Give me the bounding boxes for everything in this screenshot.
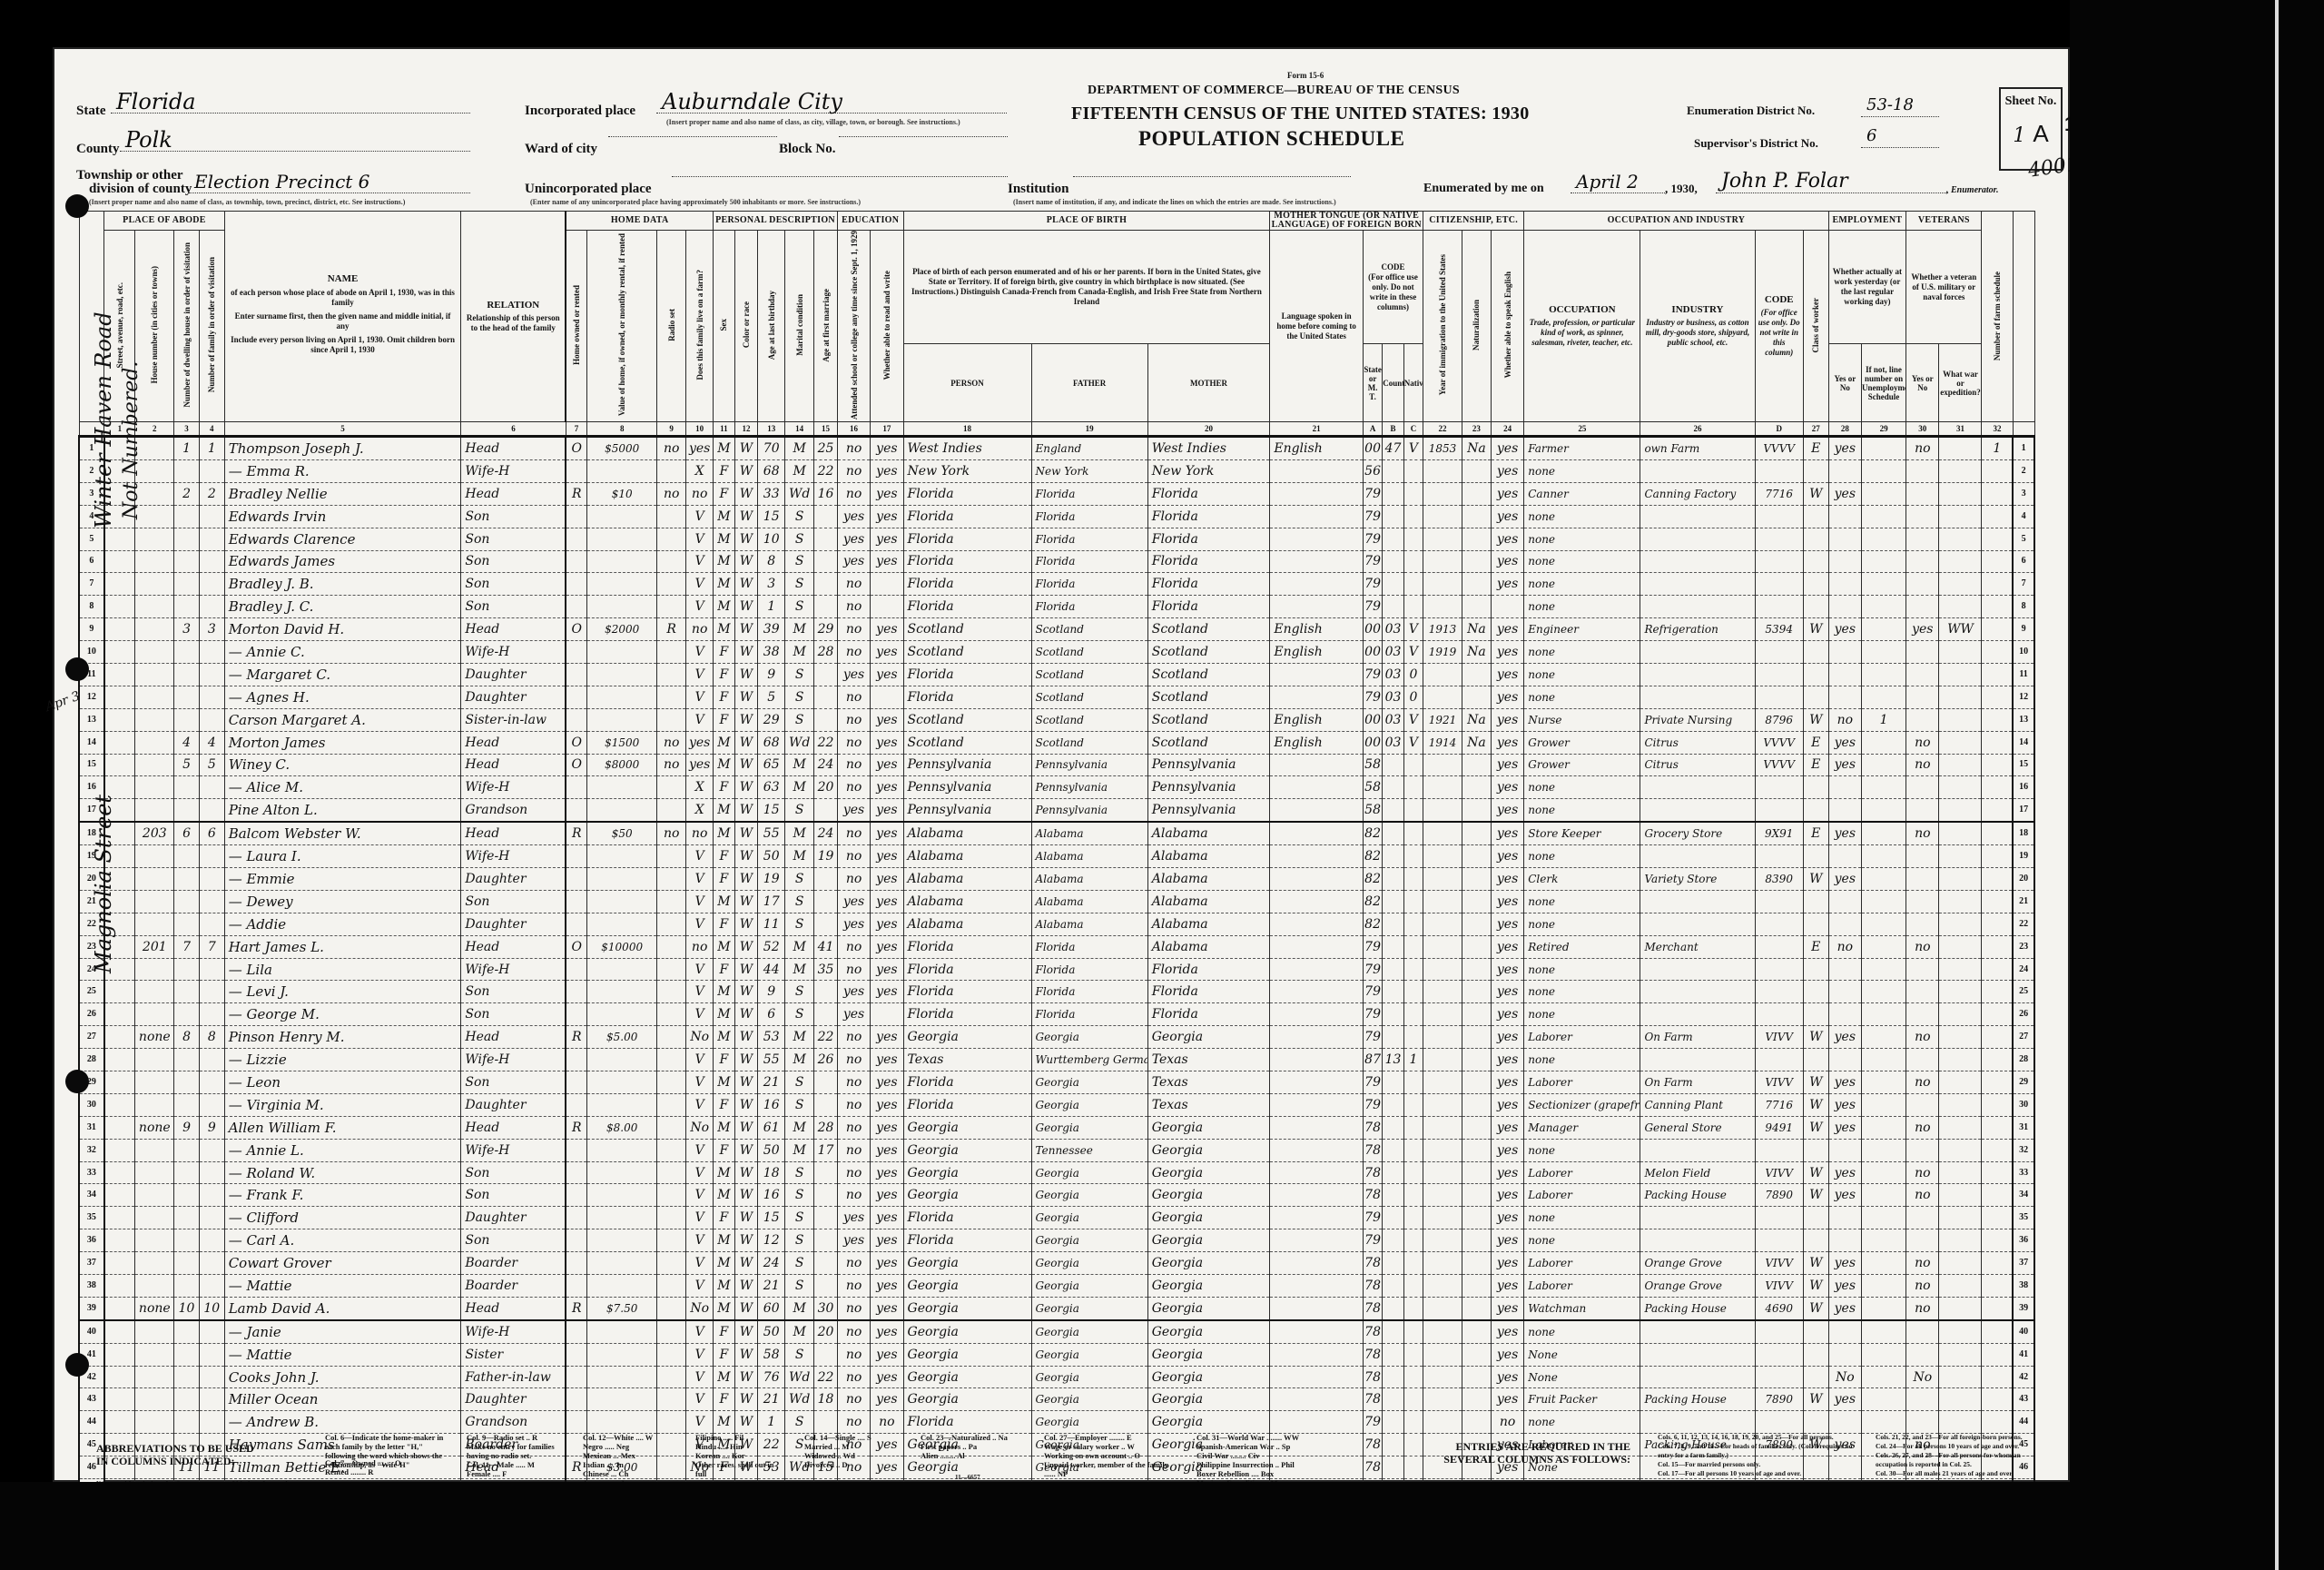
- read-write-cell: [871, 1003, 903, 1026]
- column-number: 8: [587, 422, 657, 437]
- home-owned-cell: [566, 459, 587, 482]
- industry-cell: [1640, 845, 1755, 868]
- header-street-label: Street, avenue, road, etc.: [115, 282, 124, 368]
- immigration-year-cell: [1423, 1026, 1462, 1049]
- occupation-cell: Grower: [1524, 731, 1640, 754]
- family-number-cell: [199, 1093, 224, 1116]
- veteran-cell: no: [1906, 935, 1939, 958]
- class-of-worker-cell: [1803, 981, 1828, 1003]
- code-c-cell: [1403, 1003, 1423, 1026]
- relation-cell: Wife-H: [461, 776, 566, 799]
- family-number-cell: 5: [199, 754, 224, 776]
- dwelling-number-cell: [174, 868, 200, 891]
- sex-cell: F: [714, 776, 735, 799]
- class-of-worker-cell: [1803, 890, 1828, 913]
- home-value-cell: [587, 550, 657, 573]
- birthplace-person-cell: West Indies: [903, 437, 1031, 460]
- unemployment-line-cell: [1861, 1207, 1905, 1229]
- occupation-cell: none: [1524, 459, 1640, 482]
- farm-cell: V: [686, 641, 714, 664]
- radio-cell: R: [657, 618, 686, 641]
- house-number-cell: [135, 1161, 174, 1184]
- veteran-cell: [1906, 1049, 1939, 1071]
- age-first-marriage-cell: 22: [814, 731, 838, 754]
- speak-english-cell: yes: [1491, 913, 1523, 935]
- birthplace-mother-cell: Georgia: [1147, 1161, 1270, 1184]
- naturalization-cell: Na: [1462, 641, 1491, 664]
- header-veteran-war: What war or expedition?: [1939, 344, 1982, 422]
- race-cell: W: [734, 1116, 758, 1139]
- sex-cell: M: [714, 1161, 735, 1184]
- school-cell: yes: [837, 1003, 870, 1026]
- marital-cell: S: [785, 1252, 814, 1275]
- age-cell: 38: [758, 641, 785, 664]
- naturalization-cell: [1462, 528, 1491, 550]
- header-occupation-code: CODE(For office use only. Do not write i…: [1755, 231, 1803, 422]
- school-cell: no: [837, 1139, 870, 1161]
- home-owned-cell: [566, 550, 587, 573]
- code-a-cell: 78: [1363, 1184, 1382, 1207]
- immigration-year-cell: [1423, 1297, 1462, 1319]
- header-dwelling-number: Number of dwelling house in order of vis…: [174, 231, 200, 422]
- radio-cell: [657, 708, 686, 731]
- birthplace-mother-cell: Florida: [1147, 573, 1270, 596]
- home-owned-cell: [566, 1049, 587, 1071]
- code-a-cell: 78: [1363, 1320, 1382, 1343]
- class-of-worker-cell: [1803, 1003, 1828, 1026]
- house-number-cell: [135, 776, 174, 799]
- family-number-cell: 7: [199, 935, 224, 958]
- county-field: Polk: [120, 129, 470, 152]
- sex-cell: M: [714, 596, 735, 618]
- incorporated-field: Auburndale City: [656, 91, 1007, 114]
- code-c-cell: [1403, 754, 1423, 776]
- school-cell: yes: [837, 550, 870, 573]
- home-owned-cell: R: [566, 1116, 587, 1139]
- header-veteran-desc: Whether a veteran of U.S. military or na…: [1906, 231, 1982, 344]
- code-a-cell: 79: [1363, 1003, 1382, 1026]
- home-value-cell: [587, 1229, 657, 1252]
- speak-english-cell: yes: [1491, 686, 1523, 708]
- unemployment-line-cell: [1861, 913, 1905, 935]
- immigration-year-cell: [1423, 1093, 1462, 1116]
- code-a-cell: 82: [1363, 868, 1382, 891]
- farm-schedule-cell: [1982, 799, 2013, 822]
- home-owned-cell: [566, 1388, 587, 1411]
- relation-cell: Head: [461, 731, 566, 754]
- relation-cell: Wife-H: [461, 1320, 566, 1343]
- at-work-cell: [1828, 1207, 1861, 1229]
- farm-cell: V: [686, 1275, 714, 1298]
- veteran-cell: [1906, 913, 1939, 935]
- home-owned-cell: R: [566, 1297, 587, 1319]
- house-number-cell: [135, 731, 174, 754]
- unemployment-line-cell: [1861, 1049, 1905, 1071]
- dwelling-number-cell: [174, 550, 200, 573]
- birthplace-person-cell: Florida: [903, 663, 1031, 686]
- table-row: 12— Agnes H.DaughterVFW5SnoFloridaScotla…: [79, 686, 2034, 708]
- immigration-year-cell: [1423, 754, 1462, 776]
- family-number-cell: 2: [199, 482, 224, 505]
- school-cell: no: [837, 1252, 870, 1275]
- street-cell: [104, 1139, 135, 1161]
- school-cell: yes: [837, 981, 870, 1003]
- veteran-cell: No: [1906, 1366, 1939, 1388]
- code-b-cell: 47: [1383, 437, 1404, 460]
- speak-english-cell: yes: [1491, 1161, 1523, 1184]
- birthplace-mother-cell: Florida: [1147, 505, 1270, 528]
- radio-cell: [657, 505, 686, 528]
- unemployment-line-cell: [1861, 845, 1905, 868]
- line-number: 14: [79, 731, 104, 754]
- farm-cell: X: [686, 459, 714, 482]
- line-number: 13: [79, 708, 104, 731]
- code-c-cell: [1403, 822, 1423, 844]
- naturalization-cell: [1462, 663, 1491, 686]
- class-of-worker-cell: [1803, 1366, 1828, 1388]
- birthplace-father-cell: Florida: [1031, 505, 1147, 528]
- birthplace-person-cell: Florida: [903, 573, 1031, 596]
- read-write-cell: yes: [871, 822, 903, 844]
- age-cell: 16: [758, 1093, 785, 1116]
- marital-cell: Wd: [785, 731, 814, 754]
- code-b-cell: 03: [1383, 641, 1404, 664]
- line-number-right: 14: [2013, 731, 2034, 754]
- code-b-cell: 03: [1383, 708, 1404, 731]
- industry-cell: [1640, 550, 1755, 573]
- name-header-text: Enter surname first, then the given name…: [228, 311, 458, 331]
- radio-cell: [657, 1026, 686, 1049]
- birthplace-mother-cell: Alabama: [1147, 913, 1270, 935]
- header-naturalization: Naturalization: [1462, 231, 1491, 422]
- group-occupation-industry: OCCUPATION AND INDUSTRY: [1524, 212, 1828, 231]
- school-cell: yes: [837, 799, 870, 822]
- home-owned-cell: [566, 1366, 587, 1388]
- occupation-code-cell: 5394: [1755, 618, 1803, 641]
- table-row: 29— LeonSonVMW21SnoyesFloridaGeorgiaTexa…: [79, 1071, 2034, 1094]
- code-b-cell: 03: [1383, 686, 1404, 708]
- immigration-year-cell: [1423, 799, 1462, 822]
- at-work-cell: yes: [1828, 731, 1861, 754]
- veteran-cell: [1906, 459, 1939, 482]
- occupation-cell: Laborer: [1524, 1275, 1640, 1298]
- school-cell: yes: [837, 505, 870, 528]
- industry-cell: On Farm: [1640, 1071, 1755, 1094]
- code-a-cell: 79: [1363, 1093, 1382, 1116]
- code-b-cell: [1383, 799, 1404, 822]
- farm-schedule-cell: [1982, 1184, 2013, 1207]
- marital-cell: M: [785, 459, 814, 482]
- table-row: 26— George M.SonVMW6SyesFloridaFloridaFl…: [79, 1003, 2034, 1026]
- code-c-cell: V: [1403, 618, 1423, 641]
- race-cell: W: [734, 596, 758, 618]
- immigration-year-cell: [1423, 981, 1462, 1003]
- table-row: 25— Levi J.SonVMW9SyesyesFloridaFloridaF…: [79, 981, 2034, 1003]
- farm-schedule-cell: [1982, 754, 2013, 776]
- sex-cell: F: [714, 958, 735, 981]
- farm-schedule-cell: [1982, 731, 2013, 754]
- war-cell: [1939, 1139, 1982, 1161]
- speak-english-cell: yes: [1491, 1388, 1523, 1411]
- read-write-cell: yes: [871, 1071, 903, 1094]
- dwelling-number-cell: 2: [174, 482, 200, 505]
- code-a-cell: 79: [1363, 686, 1382, 708]
- dwelling-number-cell: [174, 596, 200, 618]
- veteran-cell: [1906, 1229, 1939, 1252]
- birthplace-mother-cell: Pennsylvania: [1147, 799, 1270, 822]
- farm-schedule-cell: [1982, 459, 2013, 482]
- birthplace-father-cell: Georgia: [1031, 1275, 1147, 1298]
- age-first-marriage-cell: [814, 505, 838, 528]
- line-number-right: 4: [2013, 505, 2034, 528]
- column-number: 30: [1906, 422, 1939, 437]
- marital-cell: M: [785, 1139, 814, 1161]
- occupation-code-cell: VIVV: [1755, 1252, 1803, 1275]
- occupation-cell: Manager: [1524, 1116, 1640, 1139]
- person-name-cell: — Frank F.: [224, 1184, 461, 1207]
- age-cell: 63: [758, 776, 785, 799]
- age-cell: 50: [758, 1320, 785, 1343]
- radio-cell: [657, 868, 686, 891]
- abbrev-col12-cont: Filipino ..... Fil Hindu ..... Hin Korea…: [695, 1433, 786, 1478]
- unemployment-line-cell: [1861, 1229, 1905, 1252]
- code-a-cell: 00: [1363, 437, 1382, 460]
- age-cell: 50: [758, 1139, 785, 1161]
- age-cell: 21: [758, 1388, 785, 1411]
- age-first-marriage-cell: 17: [814, 1139, 838, 1161]
- speak-english-cell: yes: [1491, 1207, 1523, 1229]
- farm-cell: V: [686, 981, 714, 1003]
- person-name-cell: — Emma R.: [224, 459, 461, 482]
- marital-cell: S: [785, 573, 814, 596]
- at-work-cell: [1828, 1320, 1861, 1343]
- naturalization-cell: [1462, 1275, 1491, 1298]
- farm-cell: yes: [686, 754, 714, 776]
- school-cell: no: [837, 596, 870, 618]
- occupation-cell: none: [1524, 890, 1640, 913]
- farm-cell: no: [686, 482, 714, 505]
- farm-schedule-cell: [1982, 641, 2013, 664]
- school-cell: no: [837, 437, 870, 460]
- home-owned-cell: [566, 596, 587, 618]
- code-c-cell: [1403, 799, 1423, 822]
- dwelling-number-cell: 10: [174, 1297, 200, 1319]
- farm-schedule-cell: [1982, 1049, 2013, 1071]
- birthplace-mother-cell: Alabama: [1147, 868, 1270, 891]
- war-cell: [1939, 1229, 1982, 1252]
- ward-label: Ward of city: [525, 142, 597, 157]
- radio-cell: [657, 1343, 686, 1366]
- age-first-marriage-cell: [814, 1275, 838, 1298]
- speak-english-cell: yes: [1491, 1093, 1523, 1116]
- birthplace-father-cell: Scotland: [1031, 731, 1147, 754]
- occupation-code-cell: [1755, 1320, 1803, 1343]
- naturalization-cell: [1462, 596, 1491, 618]
- abbreviations-title: ABBREVIATIONS TO BE USED IN COLUMNS INDI…: [96, 1442, 314, 1467]
- family-number-cell: [199, 459, 224, 482]
- at-work-cell: yes: [1828, 1026, 1861, 1049]
- at-work-cell: yes: [1828, 754, 1861, 776]
- code-c-cell: [1403, 1093, 1423, 1116]
- street-cell: [104, 708, 135, 731]
- industry-cell: Orange Grove: [1640, 1275, 1755, 1298]
- unemployment-line-cell: [1861, 890, 1905, 913]
- line-number-right: 13: [2013, 708, 2034, 731]
- code-c-cell: [1403, 505, 1423, 528]
- naturalization-cell: [1462, 1026, 1491, 1049]
- house-number-cell: [135, 845, 174, 868]
- unemployment-line-cell: [1861, 731, 1905, 754]
- table-row: 5Edwards ClarenceSonVMW10SyesyesFloridaF…: [79, 528, 2034, 550]
- industry-cell: [1640, 1320, 1755, 1343]
- occupation-code-cell: VIVV: [1755, 1161, 1803, 1184]
- person-name-cell: Edwards Irvin: [224, 505, 461, 528]
- family-number-cell: [199, 1003, 224, 1026]
- birthplace-mother-cell: Florida: [1147, 550, 1270, 573]
- war-cell: [1939, 1093, 1982, 1116]
- radio-cell: [657, 1184, 686, 1207]
- dwelling-number-cell: 6: [174, 822, 200, 844]
- table-row: 2— Emma R.Wife-HXFW68M22noyesNew YorkNew…: [79, 459, 2034, 482]
- radio-cell: [657, 686, 686, 708]
- table-row: 19— Laura I.Wife-HVFW50M19noyesAlabamaAl…: [79, 845, 2034, 868]
- school-cell: no: [837, 482, 870, 505]
- race-cell: W: [734, 822, 758, 844]
- code-b-cell: [1383, 845, 1404, 868]
- occupation-cell: Laborer: [1524, 1184, 1640, 1207]
- header-age-first-marriage-label: Age at first marriage: [822, 289, 831, 362]
- column-number: 20: [1147, 422, 1270, 437]
- occupation-cell: Grower: [1524, 754, 1640, 776]
- naturalization-cell: [1462, 1116, 1491, 1139]
- occupation-code-cell: [1755, 550, 1803, 573]
- line-number-right: 30: [2013, 1093, 2034, 1116]
- home-value-cell: [587, 528, 657, 550]
- unemployment-line-cell: [1861, 935, 1905, 958]
- veteran-cell: [1906, 890, 1939, 913]
- sex-cell: M: [714, 1116, 735, 1139]
- birthplace-father-cell: Georgia: [1031, 1026, 1147, 1049]
- war-cell: [1939, 663, 1982, 686]
- occupation-cell: none: [1524, 981, 1640, 1003]
- veteran-cell: [1906, 958, 1939, 981]
- age-first-marriage-cell: [814, 663, 838, 686]
- language-cell: [1270, 1343, 1364, 1366]
- birthplace-mother-cell: Scotland: [1147, 708, 1270, 731]
- farm-cell: V: [686, 1388, 714, 1411]
- veteran-cell: [1906, 505, 1939, 528]
- age-cell: 3: [758, 573, 785, 596]
- birthplace-mother-cell: Alabama: [1147, 845, 1270, 868]
- township-field: Election Precinct 6: [189, 171, 470, 193]
- person-name-cell: Pinson Henry M.: [224, 1026, 461, 1049]
- code-c-cell: [1403, 868, 1423, 891]
- birthplace-mother-cell: West Indies: [1147, 437, 1270, 460]
- unemployment-line-cell: [1861, 573, 1905, 596]
- occupation-cell: none: [1524, 596, 1640, 618]
- radio-cell: [657, 799, 686, 822]
- street-cell: [104, 1343, 135, 1366]
- home-value-cell: $2000: [587, 618, 657, 641]
- race-cell: W: [734, 1026, 758, 1049]
- birthplace-father-cell: Georgia: [1031, 1297, 1147, 1319]
- line-number-right: 5: [2013, 528, 2034, 550]
- farm-schedule-cell: [1982, 981, 2013, 1003]
- birthplace-mother-cell: Texas: [1147, 1093, 1270, 1116]
- code-c-cell: [1403, 1184, 1423, 1207]
- birthplace-father-cell: Georgia: [1031, 1388, 1147, 1411]
- occupation-cell: none: [1524, 641, 1640, 664]
- relation-cell: Son: [461, 1184, 566, 1207]
- family-number-cell: 1: [199, 437, 224, 460]
- read-write-cell: yes: [871, 550, 903, 573]
- farm-cell: V: [686, 1049, 714, 1071]
- dwelling-number-cell: [174, 641, 200, 664]
- language-cell: [1270, 981, 1364, 1003]
- speak-english-cell: [1491, 596, 1523, 618]
- house-number-cell: [135, 1071, 174, 1094]
- street-cell: [104, 1388, 135, 1411]
- column-number: 3: [174, 422, 200, 437]
- occupation-cell: Canner: [1524, 482, 1640, 505]
- school-cell: no: [837, 1320, 870, 1343]
- code-c-cell: [1403, 958, 1423, 981]
- family-number-cell: [199, 1229, 224, 1252]
- birthplace-person-cell: Florida: [903, 1003, 1031, 1026]
- at-work-cell: [1828, 1229, 1861, 1252]
- code-a-cell: 79: [1363, 1229, 1382, 1252]
- sheet-label: Sheet No.: [2001, 94, 2061, 109]
- age-first-marriage-cell: [814, 1003, 838, 1026]
- occupation-cell: Fruit Packer: [1524, 1388, 1640, 1411]
- race-cell: W: [734, 505, 758, 528]
- code-b-cell: [1383, 573, 1404, 596]
- code-a-cell: 79: [1363, 958, 1382, 981]
- at-work-cell: [1828, 776, 1861, 799]
- veteran-cell: [1906, 981, 1939, 1003]
- birthplace-mother-cell: Georgia: [1147, 1139, 1270, 1161]
- class-of-worker-cell: E: [1803, 935, 1828, 958]
- marital-cell: S: [785, 708, 814, 731]
- class-of-worker-cell: [1803, 799, 1828, 822]
- street-cell: [104, 573, 135, 596]
- race-cell: W: [734, 776, 758, 799]
- relation-cell: Son: [461, 550, 566, 573]
- language-cell: [1270, 754, 1364, 776]
- naturalization-cell: [1462, 981, 1491, 1003]
- home-owned-cell: [566, 1343, 587, 1366]
- industry-cell: [1640, 686, 1755, 708]
- code-c-cell: [1403, 1229, 1423, 1252]
- header-employment-desc: Whether actually at work yesterday (or t…: [1828, 231, 1905, 344]
- street-cell: [104, 1093, 135, 1116]
- house-number-cell: [135, 1207, 174, 1229]
- read-write-cell: yes: [871, 1320, 903, 1343]
- code-b-cell: [1383, 1161, 1404, 1184]
- family-number-cell: [199, 708, 224, 731]
- radio-cell: no: [657, 437, 686, 460]
- farm-cell: V: [686, 958, 714, 981]
- speak-english-cell: yes: [1491, 731, 1523, 754]
- birthplace-person-cell: Florida: [903, 686, 1031, 708]
- speak-english-cell: yes: [1491, 1343, 1523, 1366]
- radio-cell: [657, 1207, 686, 1229]
- home-owned-cell: [566, 686, 587, 708]
- read-write-cell: yes: [871, 731, 903, 754]
- naturalization-cell: [1462, 935, 1491, 958]
- home-value-cell: [587, 596, 657, 618]
- language-cell: [1270, 913, 1364, 935]
